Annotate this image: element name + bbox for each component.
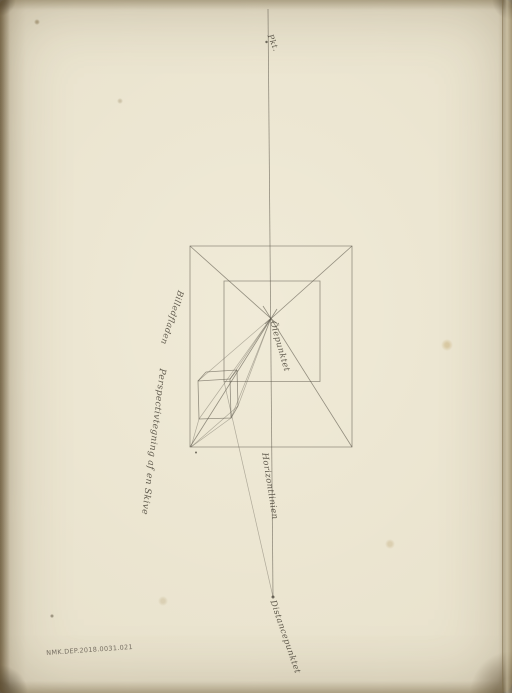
projection-rays — [198, 318, 271, 419]
perspective-drawing — [0, 0, 512, 693]
corner-dot — [195, 452, 197, 454]
distance-point-dot — [272, 596, 275, 599]
scanned-sketchbook-page: Pkt. Öiepunktet Billedfladen Perspectivt… — [0, 0, 512, 693]
